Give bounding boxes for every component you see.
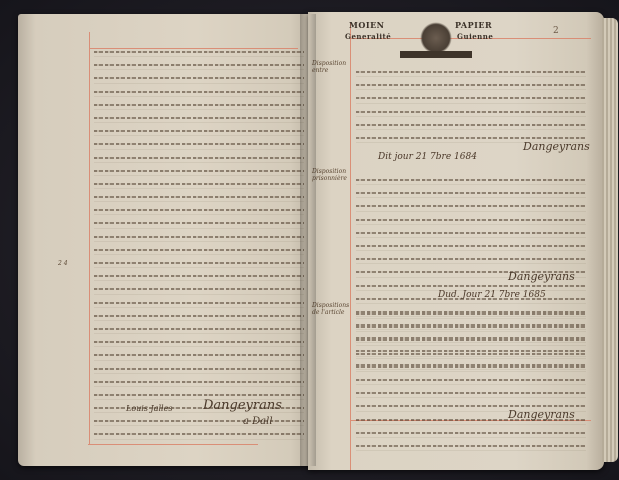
left-page: 2 4 Louis Jalles Dangeyrans a Dall: [18, 14, 314, 466]
handwritten-text-block: [94, 44, 304, 440]
entry-heading: Dud. Jour 21 7bre 1685: [438, 290, 546, 300]
margin-rule: [350, 22, 351, 470]
manuscript-photo: 2 4 Louis Jalles Dangeyrans a Dall 2 Dis…: [0, 0, 619, 480]
tax-stamp: MOIEN PAPIER Generalité Guienne: [345, 18, 505, 58]
stamp-word-left: MOIEN: [349, 20, 384, 30]
margin-rule: [89, 32, 90, 444]
stamp-emblem-icon: [420, 22, 452, 54]
bottom-rule: [88, 444, 258, 445]
book-gutter: [300, 14, 316, 466]
handwritten-entry-1: [356, 64, 586, 143]
signature: Dangeyrans: [523, 140, 590, 153]
margin-note: Disposition prisonnière: [312, 168, 348, 182]
signature-jalles: Louis Jalles: [126, 404, 172, 413]
signature: Dangeyrans: [508, 408, 575, 421]
entry-heading: Dit jour 21 7bre 1684: [378, 152, 477, 162]
right-page: 2 Disposition entre Disposition prisonni…: [308, 12, 604, 470]
margin-note: 2 4: [58, 260, 68, 267]
page-number: 2: [553, 26, 559, 36]
page-edges: [602, 18, 618, 462]
handwritten-entry-3: [356, 306, 586, 451]
signature: Dangeyrans: [508, 270, 575, 283]
stamp-band: [400, 51, 472, 58]
stamp-sub-left: Generalité: [345, 32, 391, 41]
margin-note: Dispositions de l'article: [312, 302, 348, 316]
margin-note: Disposition entre: [312, 60, 348, 74]
stamp-word-right: PAPIER: [455, 20, 492, 30]
signature-dangeyrans: Dangeyrans: [203, 398, 282, 413]
signature-dall: a Dall: [243, 416, 273, 427]
stamp-sub-right: Guienne: [457, 32, 493, 41]
